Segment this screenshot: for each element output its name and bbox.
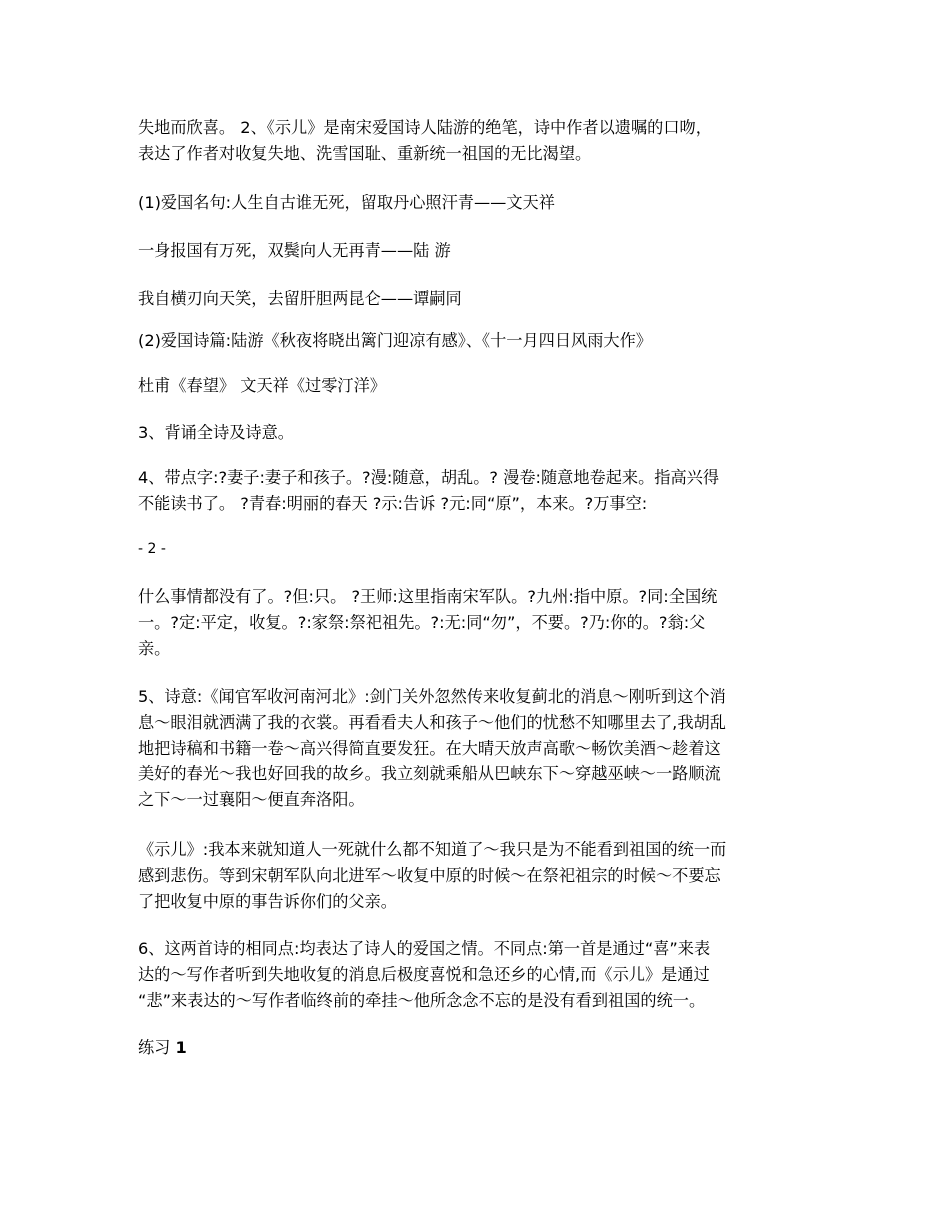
exercise-heading-label: 练习 <box>138 1038 170 1057</box>
text-line: 地把诗稿和书籍一卷～高兴得简直要发狂。在大晴天放声高歌～畅饮美酒～趁着这 <box>138 736 818 762</box>
paragraph-patriotic-poems: (2)爱国诗篇:陆游《秋夜将晓出篱门迎凉有感》、《十一月四日风雨大作》 <box>138 328 818 354</box>
text-line: 美好的春光～我也好回我的故乡。我立刻就乘船从巴峡东下～穿越巫峡～一路顺流 <box>138 761 818 787</box>
text-line: 了把收复中原的事告诉你们的父亲。 <box>138 889 818 915</box>
text-line: 我自横刃向天笑，去留肝胆两昆仑——谭嗣同 <box>138 286 818 312</box>
text-line: 3、背诵全诗及诗意。 <box>138 420 818 446</box>
text-line: 失地而欣喜。 2、《示儿》是南宋爱国诗人陆游的绝笔，诗中作者以遗嘱的口吻， <box>138 115 818 141</box>
paragraph-item-6: 6、这两首诗的相同点:均表达了诗人的爱国之情。不同点:第一首是通过“喜”来表 达… <box>138 936 818 1013</box>
text-line: 一身报国有万死，双鬓向人无再青——陆 游 <box>138 238 818 264</box>
text-line: 5、诗意:《闻官军收河南河北》:剑门关外忽然传来收复蓟北的消息～刚听到这个消 <box>138 684 818 710</box>
paragraph-intro: 失地而欣喜。 2、《示儿》是南宋爱国诗人陆游的绝笔，诗中作者以遗嘱的口吻， 表达… <box>138 115 818 167</box>
paragraph-item-4-continued: 什么事情都没有了。?但:只。 ?王师:这里指南宋军队。?九州:指中原。?同:全国… <box>138 584 818 661</box>
paragraph-patriotic-quote-3: 我自横刃向天笑，去留肝胆两昆仑——谭嗣同 <box>138 286 818 312</box>
exercise-heading: 练习 1 <box>138 1035 818 1061</box>
text-line: 亲。 <box>138 636 818 662</box>
paragraph-item-5: 5、诗意:《闻官军收河南河北》:剑门关外忽然传来收复蓟北的消息～刚听到这个消 息… <box>138 684 818 813</box>
paragraph-patriotic-quote-2: 一身报国有万死，双鬓向人无再青——陆 游 <box>138 238 818 264</box>
text-line: 达的～写作者听到失地收复的消息后极度喜悦和急还乡的心情,而《示儿》是通过 <box>138 962 818 988</box>
text-line: (2)爱国诗篇:陆游《秋夜将晓出篱门迎凉有感》、《十一月四日风雨大作》 <box>138 328 818 354</box>
paragraph-shier-meaning: 《示儿》:我本来就知道人一死就什么都不知道了～我只是为不能看到祖国的统一而 感到… <box>138 837 818 914</box>
text-line: 杜甫《春望》 文天祥《过零汀洋》 <box>138 373 818 399</box>
paragraph-item-4: 4、带点字:?妻子:妻子和孩子。?漫:随意，胡乱。? 漫卷:随意地卷起来。指高兴… <box>138 465 818 517</box>
text-line: 一。?定:平定，收复。?:家祭:祭祀祖先。?:无:同“勿”，不要。?乃:你的。?… <box>138 610 818 636</box>
text-line: 感到悲伤。等到宋朝军队向北进军～收复中原的时候～在祭祀祖宗的时候～不要忘 <box>138 863 818 889</box>
text-line: 6、这两首诗的相同点:均表达了诗人的爱国之情。不同点:第一首是通过“喜”来表 <box>138 936 818 962</box>
paragraph-patriotic-quote-1: (1)爱国名句:人生自古谁无死，留取丹心照汗青——文天祥 <box>138 190 818 216</box>
text-line: (1)爱国名句:人生自古谁无死，留取丹心照汗青——文天祥 <box>138 190 818 216</box>
text-line: 什么事情都没有了。?但:只。 ?王师:这里指南宋军队。?九州:指中原。?同:全国… <box>138 584 818 610</box>
text-line: 不能读书了。 ?青春:明丽的春天 ?示:告诉 ?元:同“原”，本来。?万事空: <box>138 491 818 517</box>
paragraph-item-3: 3、背诵全诗及诗意。 <box>138 420 818 446</box>
text-line: 4、带点字:?妻子:妻子和孩子。?漫:随意，胡乱。? 漫卷:随意地卷起来。指高兴… <box>138 465 818 491</box>
paragraph-patriotic-poems-2: 杜甫《春望》 文天祥《过零汀洋》 <box>138 373 818 399</box>
text-line: 之下～一过襄阳～便直奔洛阳。 <box>138 787 818 813</box>
exercise-heading-number: 1 <box>176 1038 187 1057</box>
text-line: 表达了作者对收复失地、洗雪国耻、重新统一祖国的无比渴望。 <box>138 141 818 167</box>
text-line: 息～眼泪就洒满了我的衣裳。再看看夫人和孩子～他们的忧愁不知哪里去了,我胡乱 <box>138 710 818 736</box>
page-number: - 2 - <box>138 537 818 563</box>
text-line: “悲”来表达的～写作者临终前的牵挂～他所念念不忘的是没有看到祖国的统一。 <box>138 988 818 1014</box>
text-line: 《示儿》:我本来就知道人一死就什么都不知道了～我只是为不能看到祖国的统一而 <box>138 837 818 863</box>
